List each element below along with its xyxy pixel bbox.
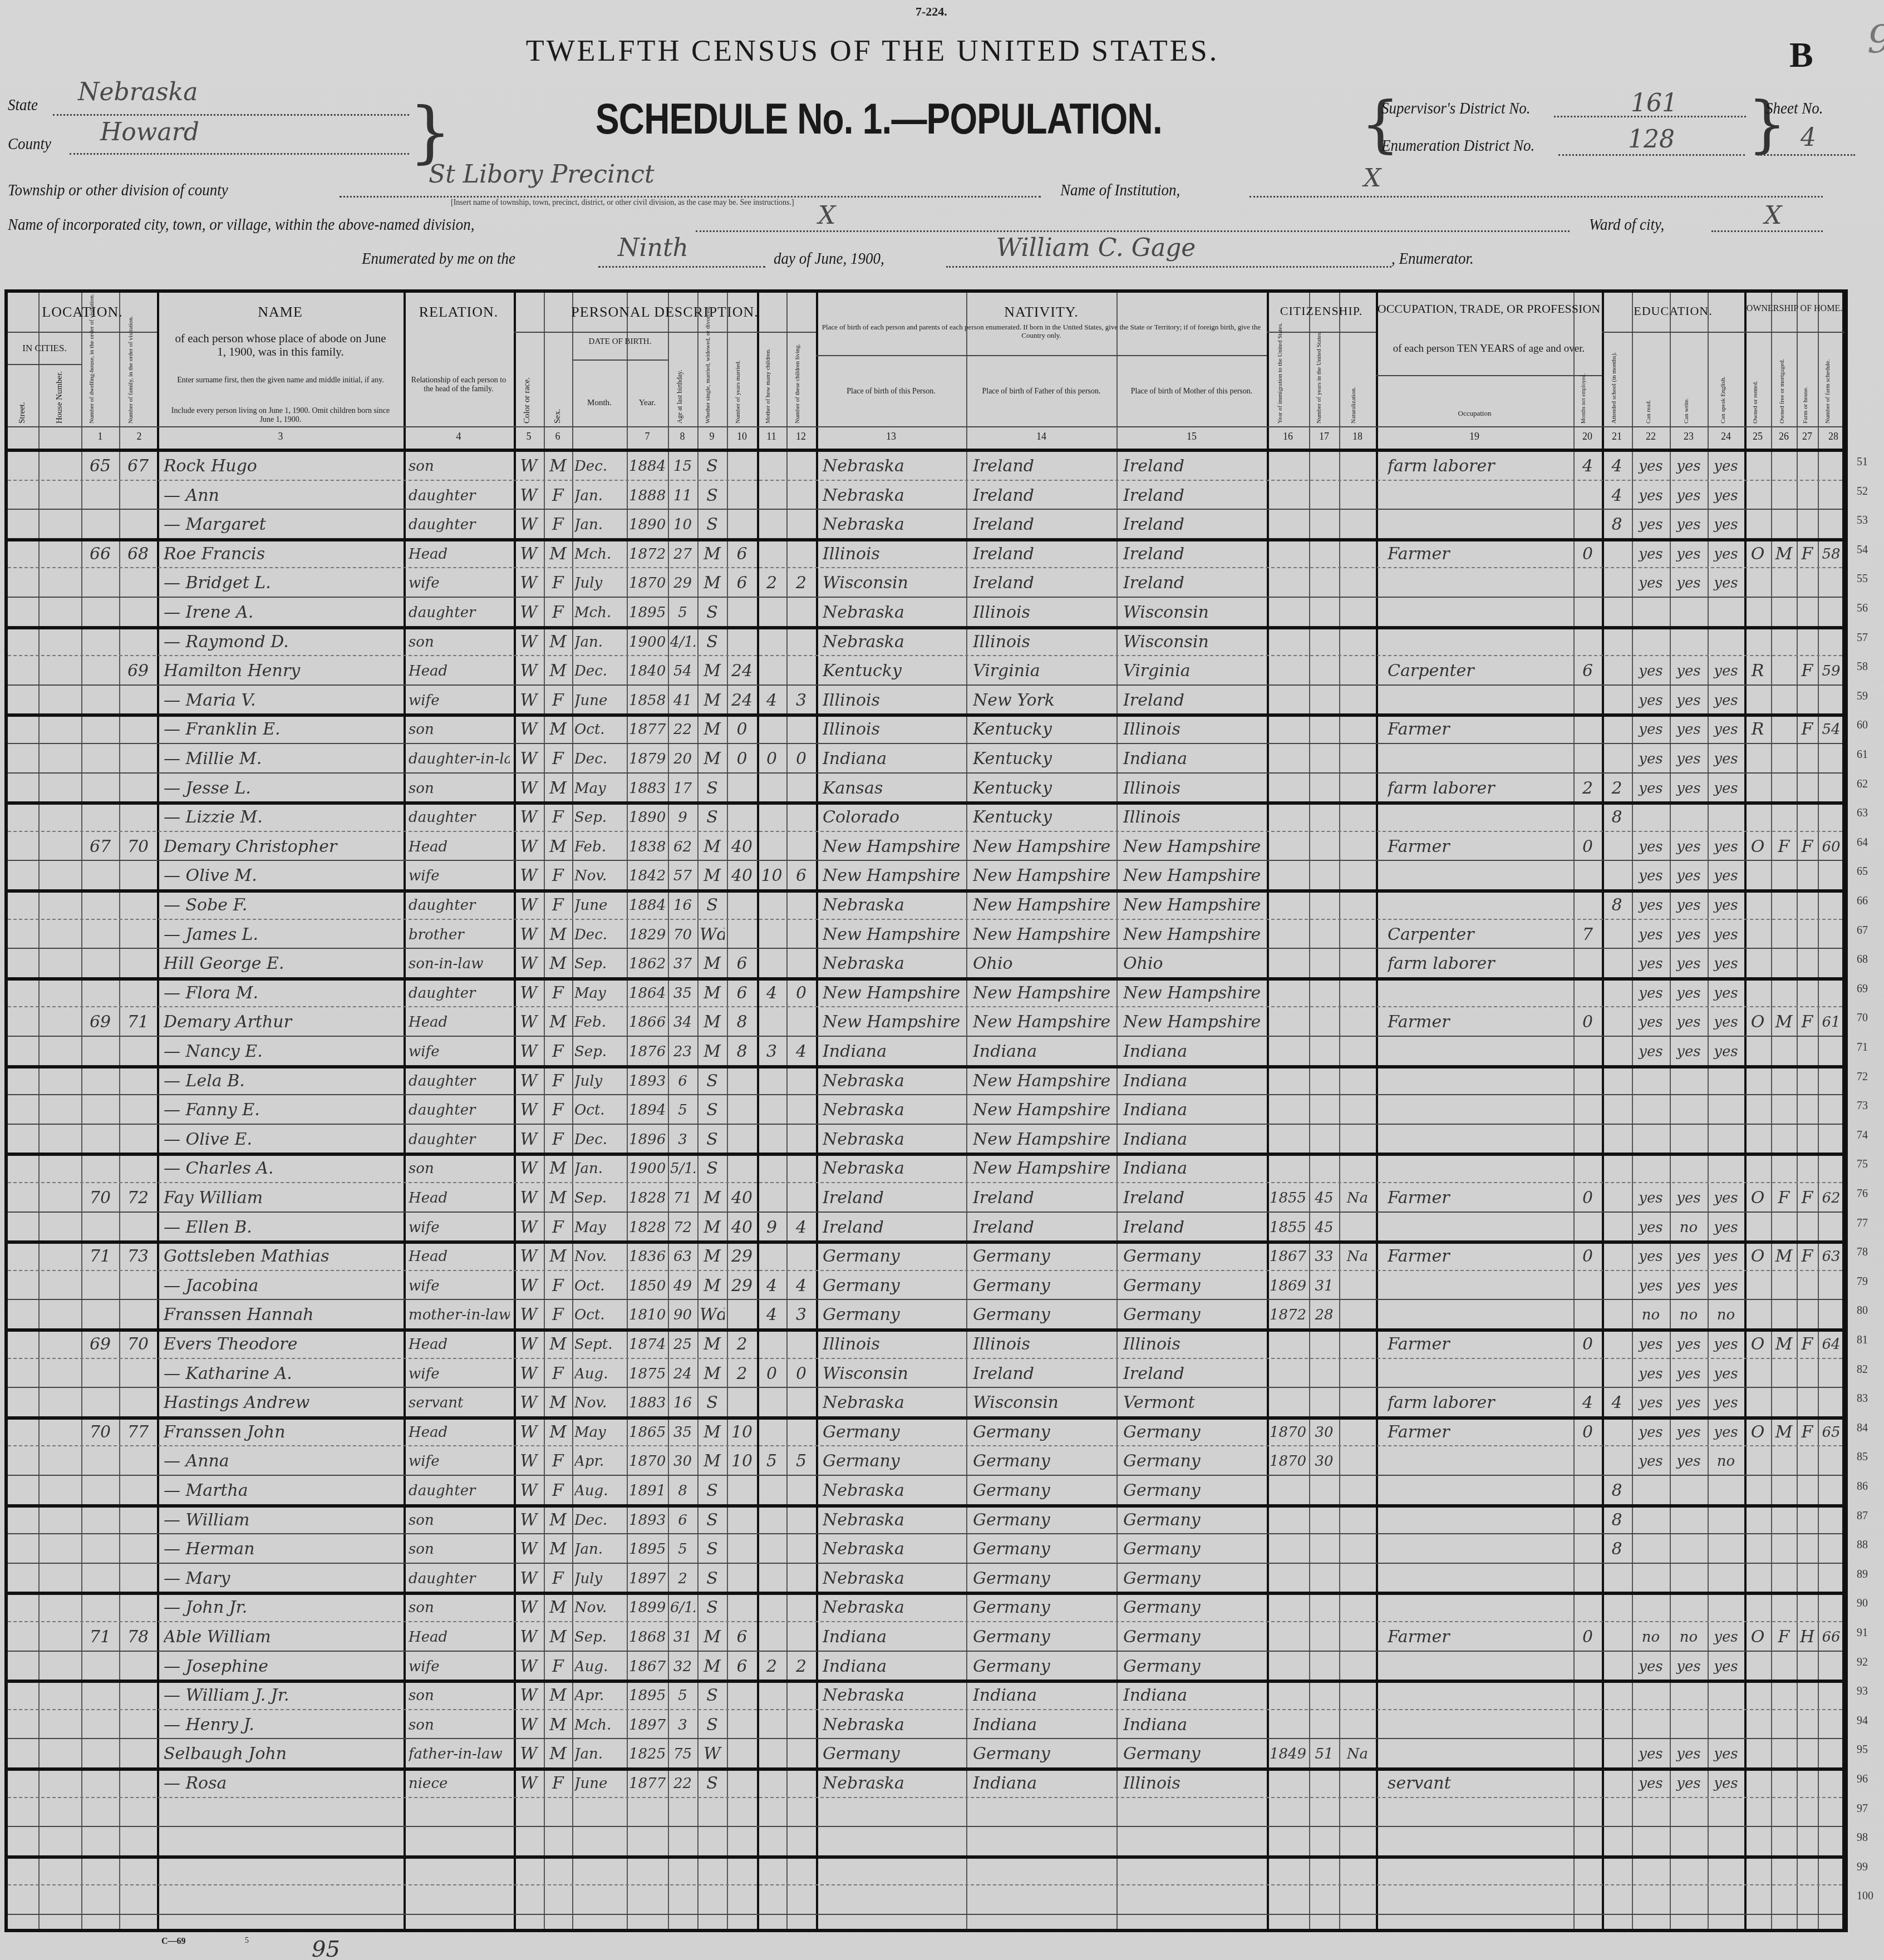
naturalization bbox=[1341, 1566, 1374, 1592]
column-number: 10 bbox=[731, 431, 753, 442]
years-married bbox=[729, 1390, 755, 1416]
table-row: Franssen Hannahmother-in-lawWFOct.181090… bbox=[8, 1300, 1842, 1329]
table-row: — JosephinewifeWFAug.186732M622IndianaGe… bbox=[8, 1652, 1842, 1681]
table-row: — Franklin E.sonWMOct.187722M0IllinoisKe… bbox=[8, 715, 1842, 744]
person-name: Hamilton Henry bbox=[164, 658, 399, 684]
birth-year: 1875 bbox=[629, 1361, 666, 1387]
years-married bbox=[729, 483, 755, 509]
months-unemployed bbox=[1576, 1361, 1600, 1387]
can-speak-english: yes bbox=[1710, 658, 1742, 684]
farm-schedule: 54 bbox=[1820, 717, 1842, 742]
can-speak-english: yes bbox=[1710, 776, 1742, 801]
can-speak-english: yes bbox=[1710, 1039, 1742, 1065]
relation: son bbox=[409, 1595, 510, 1621]
owned-rented bbox=[1747, 688, 1769, 713]
mother-of-children bbox=[759, 893, 784, 918]
attended-school: 8 bbox=[1604, 805, 1630, 830]
months-unemployed: 0 bbox=[1576, 541, 1600, 567]
relation: wife bbox=[409, 688, 510, 713]
naturalization bbox=[1341, 1800, 1374, 1826]
birthplace-mother: Indiana bbox=[1123, 746, 1265, 772]
age: 22 bbox=[670, 1771, 695, 1796]
can-read bbox=[1634, 1566, 1667, 1592]
immigration-year bbox=[1269, 863, 1307, 889]
color-race: W bbox=[516, 541, 542, 567]
years-married: 10 bbox=[729, 1449, 755, 1474]
line-number: 59 bbox=[1857, 690, 1879, 703]
birthplace-person: Nebraska bbox=[823, 600, 964, 626]
relation: Head bbox=[409, 541, 510, 567]
label-mother-children: Mother of how many children. bbox=[765, 337, 771, 423]
attended-school bbox=[1604, 1800, 1630, 1826]
free-mortgaged bbox=[1773, 951, 1794, 977]
can-write: no bbox=[1672, 1624, 1705, 1650]
birthplace-person: New Hampshire bbox=[823, 1009, 964, 1035]
birthplace-person: Illinois bbox=[823, 717, 964, 742]
county-value: Howard bbox=[100, 118, 199, 146]
can-speak-english: yes bbox=[1710, 951, 1742, 977]
years-in-us bbox=[1311, 981, 1337, 1006]
can-read bbox=[1634, 1829, 1667, 1855]
person-name: — Irene A. bbox=[164, 600, 399, 626]
can-write: yes bbox=[1672, 512, 1705, 538]
dwelling-number bbox=[83, 893, 117, 918]
mother-of-children bbox=[759, 1771, 784, 1796]
marital-status: S bbox=[700, 1068, 725, 1094]
family-number bbox=[121, 1741, 155, 1767]
years-in-us: 30 bbox=[1311, 1449, 1337, 1474]
birthplace-mother: Virginia bbox=[1123, 658, 1265, 684]
line-number: 80 bbox=[1857, 1304, 1879, 1317]
can-read bbox=[1634, 600, 1667, 626]
immigration-year bbox=[1269, 688, 1307, 713]
birth-month: Sep. bbox=[574, 951, 624, 977]
months-unemployed: 0 bbox=[1576, 1420, 1600, 1445]
free-mortgaged bbox=[1773, 629, 1794, 655]
years-in-us: 45 bbox=[1311, 1185, 1337, 1211]
person-name: — Henry J. bbox=[164, 1712, 399, 1738]
years-in-us bbox=[1311, 483, 1337, 509]
birthplace-father: Germany bbox=[973, 1624, 1114, 1650]
color-race: W bbox=[516, 1683, 542, 1708]
can-speak-english: yes bbox=[1710, 746, 1742, 772]
immigration-year bbox=[1269, 1068, 1307, 1094]
birthplace-mother: Indiana bbox=[1123, 1683, 1265, 1708]
birth-month: Aug. bbox=[574, 1654, 624, 1680]
can-read: yes bbox=[1634, 483, 1667, 509]
birth-year bbox=[629, 1888, 666, 1913]
can-read: no bbox=[1634, 1302, 1667, 1328]
can-write bbox=[1672, 629, 1705, 655]
relation: wife bbox=[409, 1273, 510, 1299]
children-living: 3 bbox=[789, 1302, 814, 1328]
brace: } bbox=[409, 99, 451, 166]
line-number: 58 bbox=[1857, 661, 1879, 673]
birth-month bbox=[574, 1800, 624, 1826]
print-code: C—69 bbox=[161, 1937, 186, 1947]
marital-status: M bbox=[700, 717, 725, 742]
can-read: yes bbox=[1634, 1244, 1667, 1269]
line-number: 95 bbox=[1857, 1744, 1879, 1756]
line-number: 51 bbox=[1857, 456, 1879, 469]
farm-house bbox=[1799, 1508, 1816, 1533]
can-speak-english: yes bbox=[1710, 981, 1742, 1006]
relation: son bbox=[409, 717, 510, 742]
birth-month: Dec. bbox=[574, 454, 624, 479]
occupation: Farmer bbox=[1388, 1332, 1571, 1357]
can-read: yes bbox=[1634, 776, 1667, 801]
occupation bbox=[1388, 600, 1571, 626]
months-unemployed bbox=[1576, 512, 1600, 538]
nativity-description: Place of birth of each person and parent… bbox=[822, 323, 1261, 340]
years-in-us bbox=[1311, 863, 1337, 889]
label-can-speak: Can speak English. bbox=[1720, 337, 1726, 423]
birth-month: July bbox=[574, 1068, 624, 1094]
birthplace-person: Germany bbox=[823, 1302, 964, 1328]
birthplace-father: Ireland bbox=[973, 1215, 1114, 1240]
birth-year: 1891 bbox=[629, 1478, 666, 1504]
birthplace-father: Germany bbox=[973, 1566, 1114, 1592]
owned-rented: O bbox=[1747, 1420, 1769, 1445]
owned-rented bbox=[1747, 863, 1769, 889]
state-label: State bbox=[8, 96, 38, 115]
farm-house: F bbox=[1799, 1420, 1816, 1445]
person-name: Hastings Andrew bbox=[164, 1390, 399, 1416]
birth-month: Sep. bbox=[574, 1039, 624, 1065]
birth-year: 1840 bbox=[629, 658, 666, 684]
person-name: Demary Arthur bbox=[164, 1009, 399, 1035]
naturalization bbox=[1341, 1888, 1374, 1913]
farm-schedule bbox=[1820, 1859, 1842, 1884]
age bbox=[670, 1829, 695, 1855]
birthplace-mother: Ireland bbox=[1123, 1185, 1265, 1211]
children-living bbox=[789, 483, 814, 509]
farm-house bbox=[1799, 1156, 1816, 1181]
mother-of-children bbox=[759, 1712, 784, 1738]
color-race: W bbox=[516, 834, 542, 860]
family-number bbox=[121, 1595, 155, 1621]
mother-of-children: 4 bbox=[759, 981, 784, 1006]
dwelling-number bbox=[83, 863, 117, 889]
years-in-us bbox=[1311, 1566, 1337, 1592]
table-row: Selbaugh Johnfather-in-lawWMJan.182575WG… bbox=[8, 1739, 1842, 1769]
years-in-us bbox=[1311, 951, 1337, 977]
color-race: W bbox=[516, 1478, 542, 1504]
can-read: yes bbox=[1634, 454, 1667, 479]
can-speak-english: yes bbox=[1710, 863, 1742, 889]
dwelling-number bbox=[83, 570, 117, 596]
birthplace-father: Germany bbox=[973, 1302, 1114, 1328]
years-married bbox=[729, 776, 755, 801]
day-line bbox=[598, 266, 765, 268]
months-unemployed: 0 bbox=[1576, 1009, 1600, 1035]
birth-month bbox=[574, 1829, 624, 1855]
birthplace-father: Germany bbox=[973, 1449, 1114, 1474]
owned-rented bbox=[1747, 1390, 1769, 1416]
years-married bbox=[729, 1683, 755, 1708]
free-mortgaged bbox=[1773, 1068, 1794, 1094]
free-mortgaged bbox=[1773, 1302, 1794, 1328]
can-speak-english bbox=[1710, 1508, 1742, 1533]
years-in-us bbox=[1311, 658, 1337, 684]
years-in-us bbox=[1311, 1009, 1337, 1035]
birthplace-father: Indiana bbox=[973, 1712, 1114, 1738]
line-number: 87 bbox=[1857, 1510, 1879, 1523]
farm-schedule bbox=[1820, 629, 1842, 655]
attended-school bbox=[1604, 1244, 1630, 1269]
sex: F bbox=[546, 1215, 570, 1240]
table-row: — James L.brotherWMDec.182970WdNew Hamps… bbox=[8, 920, 1842, 949]
dwelling-number bbox=[83, 1478, 117, 1504]
children-living: 0 bbox=[789, 981, 814, 1006]
marital-status: M bbox=[700, 834, 725, 860]
label-year: Year. bbox=[627, 398, 668, 408]
age: 3 bbox=[670, 1712, 695, 1738]
birth-month: Oct. bbox=[574, 717, 624, 742]
relation: daughter bbox=[409, 1127, 510, 1153]
immigration-year: 1849 bbox=[1269, 1741, 1307, 1767]
months-unemployed bbox=[1576, 1127, 1600, 1153]
dwelling-number bbox=[83, 717, 117, 742]
birthplace-mother: Germany bbox=[1123, 1537, 1265, 1562]
birthplace-person: Indiana bbox=[823, 1624, 964, 1650]
column-number: 14 bbox=[1030, 431, 1052, 442]
birth-year: 1897 bbox=[629, 1712, 666, 1738]
attended-school: 4 bbox=[1604, 1390, 1630, 1416]
years-married bbox=[729, 629, 755, 655]
table-row: — Flora M.daughterWFMay186435M640New Ham… bbox=[8, 978, 1842, 1008]
age bbox=[670, 1888, 695, 1913]
children-living bbox=[789, 1741, 814, 1767]
can-write bbox=[1672, 1537, 1705, 1562]
table-row: — MarthadaughterWFAug.18918SNebraskaGerm… bbox=[8, 1476, 1842, 1505]
birthplace-person: Indiana bbox=[823, 746, 964, 772]
farm-schedule bbox=[1820, 1039, 1842, 1065]
ward-line bbox=[1711, 230, 1823, 232]
occupation: farm laborer bbox=[1388, 951, 1571, 977]
header-rule bbox=[1602, 332, 1744, 333]
children-living bbox=[789, 600, 814, 626]
years-married bbox=[729, 805, 755, 830]
family-number bbox=[121, 1068, 155, 1094]
can-write: yes bbox=[1672, 1039, 1705, 1065]
occupation bbox=[1388, 1829, 1571, 1855]
header-rule bbox=[572, 360, 668, 361]
free-mortgaged bbox=[1773, 454, 1794, 479]
free-mortgaged bbox=[1773, 1156, 1794, 1181]
can-speak-english bbox=[1710, 1829, 1742, 1855]
children-living bbox=[789, 951, 814, 977]
header-rule bbox=[514, 332, 816, 333]
can-write: yes bbox=[1672, 893, 1705, 918]
color-race: W bbox=[516, 1127, 542, 1153]
farm-house bbox=[1799, 1566, 1816, 1592]
owned-rented bbox=[1747, 600, 1769, 626]
attended-school bbox=[1604, 688, 1630, 713]
attended-school bbox=[1604, 658, 1630, 684]
relation: daughter bbox=[409, 893, 510, 918]
relation: daughter bbox=[409, 805, 510, 830]
birth-year: 1900 bbox=[629, 629, 666, 655]
birthplace-father: New York bbox=[973, 688, 1114, 713]
owned-rented bbox=[1747, 1097, 1769, 1123]
years-married bbox=[729, 1888, 755, 1913]
attended-school bbox=[1604, 1009, 1630, 1035]
label-can-write: Can write. bbox=[1683, 337, 1690, 423]
table-row: 6668Roe FrancisHeadWMMch.187227M6Illinoi… bbox=[8, 539, 1842, 569]
marital-status: S bbox=[700, 1097, 725, 1123]
birthplace-person: Nebraska bbox=[823, 1390, 964, 1416]
color-race: W bbox=[516, 893, 542, 918]
months-unemployed bbox=[1576, 1654, 1600, 1680]
years-in-us bbox=[1311, 600, 1337, 626]
family-number bbox=[121, 629, 155, 655]
birth-month: Nov. bbox=[574, 1390, 624, 1416]
birthplace-father: Illinois bbox=[973, 629, 1114, 655]
can-read bbox=[1634, 1156, 1667, 1181]
can-write: yes bbox=[1672, 570, 1705, 596]
immigration-year: 1870 bbox=[1269, 1420, 1307, 1445]
label-sex: Sex. bbox=[553, 371, 563, 423]
can-read: yes bbox=[1634, 1449, 1667, 1474]
person-name: — Jesse L. bbox=[164, 776, 399, 801]
farm-schedule bbox=[1820, 746, 1842, 772]
label-immigration: Year of immigration to the United States… bbox=[1277, 337, 1283, 423]
immigration-year bbox=[1269, 1624, 1307, 1650]
occupation bbox=[1388, 1302, 1571, 1328]
occupation: Farmer bbox=[1388, 1244, 1571, 1269]
birth-year: 1877 bbox=[629, 1771, 666, 1796]
farm-house bbox=[1799, 1449, 1816, 1474]
birthplace-father: New Hampshire bbox=[973, 863, 1114, 889]
label-months-unemployed: Months not employed. bbox=[1581, 379, 1587, 423]
months-unemployed bbox=[1576, 981, 1600, 1006]
years-in-us bbox=[1311, 1624, 1337, 1650]
months-unemployed bbox=[1576, 1068, 1600, 1094]
farm-house bbox=[1799, 629, 1816, 655]
sex: M bbox=[546, 1244, 570, 1269]
birthplace-father: New Hampshire bbox=[973, 981, 1114, 1006]
attended-school bbox=[1604, 1215, 1630, 1240]
attended-school bbox=[1604, 1273, 1630, 1299]
birthplace-father bbox=[973, 1859, 1114, 1884]
birth-month: May bbox=[574, 981, 624, 1006]
farm-schedule bbox=[1820, 1829, 1842, 1855]
months-unemployed bbox=[1576, 1537, 1600, 1562]
attended-school bbox=[1604, 1712, 1630, 1738]
birth-month: Oct. bbox=[574, 1302, 624, 1328]
age: 16 bbox=[670, 893, 695, 918]
marital-status: S bbox=[700, 1712, 725, 1738]
owned-rented bbox=[1747, 1829, 1769, 1855]
person-name: — Flora M. bbox=[164, 981, 399, 1006]
naturalization bbox=[1341, 1449, 1374, 1474]
color-race bbox=[516, 1888, 542, 1913]
table-row: — Millie M.daughter-in-lawWFDec.187920M0… bbox=[8, 744, 1842, 774]
years-married bbox=[729, 1508, 755, 1533]
attended-school bbox=[1604, 1449, 1630, 1474]
line-number: 99 bbox=[1857, 1861, 1879, 1874]
years-married bbox=[729, 1741, 755, 1767]
birthplace-person: Nebraska bbox=[823, 1508, 964, 1533]
relation: Head bbox=[409, 1624, 510, 1650]
birthplace-father: Ohio bbox=[973, 951, 1114, 977]
table-row: — HermansonWMJan.18955SNebraskaGermanyGe… bbox=[8, 1534, 1842, 1564]
relation: wife bbox=[409, 570, 510, 596]
column-number: 11 bbox=[760, 431, 783, 442]
can-speak-english: yes bbox=[1710, 570, 1742, 596]
birthplace-father: Germany bbox=[973, 1741, 1114, 1767]
farm-schedule bbox=[1820, 863, 1842, 889]
can-speak-english bbox=[1710, 1127, 1742, 1153]
naturalization bbox=[1341, 1537, 1374, 1562]
label-month: Month. bbox=[572, 398, 627, 408]
birthplace-mother: Germany bbox=[1123, 1420, 1265, 1445]
relation: son bbox=[409, 1683, 510, 1708]
occupation bbox=[1388, 512, 1571, 538]
can-speak-english bbox=[1710, 629, 1742, 655]
birthplace-person: Germany bbox=[823, 1244, 964, 1269]
family-number bbox=[121, 483, 155, 509]
birth-year: 1893 bbox=[629, 1508, 666, 1533]
children-living bbox=[789, 1624, 814, 1650]
header-rule bbox=[816, 355, 1267, 356]
months-unemployed bbox=[1576, 1712, 1600, 1738]
farm-house bbox=[1799, 1888, 1816, 1913]
free-mortgaged bbox=[1773, 1712, 1794, 1738]
sex: M bbox=[546, 776, 570, 801]
person-name: — William J. Jr. bbox=[164, 1683, 399, 1708]
mother-of-children bbox=[759, 1420, 784, 1445]
owned-rented: O bbox=[1747, 1009, 1769, 1035]
naturalization bbox=[1341, 922, 1374, 948]
line-number: 98 bbox=[1857, 1831, 1879, 1844]
color-race: W bbox=[516, 1624, 542, 1650]
years-in-us bbox=[1311, 454, 1337, 479]
person-name: Roe Francis bbox=[164, 541, 399, 567]
color-race: W bbox=[516, 1097, 542, 1123]
mother-of-children bbox=[759, 1097, 784, 1123]
naturalization bbox=[1341, 1390, 1374, 1416]
institution-value: X bbox=[1364, 164, 1381, 193]
farm-schedule bbox=[1820, 951, 1842, 977]
table-row: — Bridget L.wifeWFJuly187029M622Wisconsi… bbox=[8, 568, 1842, 598]
birth-month: Jan. bbox=[574, 1741, 624, 1767]
can-write bbox=[1672, 1097, 1705, 1123]
birth-year: 1810 bbox=[629, 1302, 666, 1328]
relation: wife bbox=[409, 1361, 510, 1387]
months-unemployed: 7 bbox=[1576, 922, 1600, 948]
can-read: yes bbox=[1634, 1039, 1667, 1065]
dwelling-number bbox=[83, 1537, 117, 1562]
color-race: W bbox=[516, 1273, 542, 1299]
can-write: yes bbox=[1672, 1332, 1705, 1357]
free-mortgaged: M bbox=[1773, 1009, 1794, 1035]
marital-status: S bbox=[700, 1771, 725, 1796]
mother-of-children bbox=[759, 1683, 784, 1708]
sex: F bbox=[546, 1127, 570, 1153]
can-write bbox=[1672, 1829, 1705, 1855]
naturalization bbox=[1341, 629, 1374, 655]
group-in-cities: IN CITIES. bbox=[8, 343, 81, 354]
birthplace-person: Nebraska bbox=[823, 1478, 964, 1504]
immigration-year bbox=[1269, 1888, 1307, 1913]
family-number bbox=[121, 1390, 155, 1416]
color-race: W bbox=[516, 1009, 542, 1035]
months-unemployed bbox=[1576, 600, 1600, 626]
can-write bbox=[1672, 1859, 1705, 1884]
free-mortgaged bbox=[1773, 483, 1794, 509]
